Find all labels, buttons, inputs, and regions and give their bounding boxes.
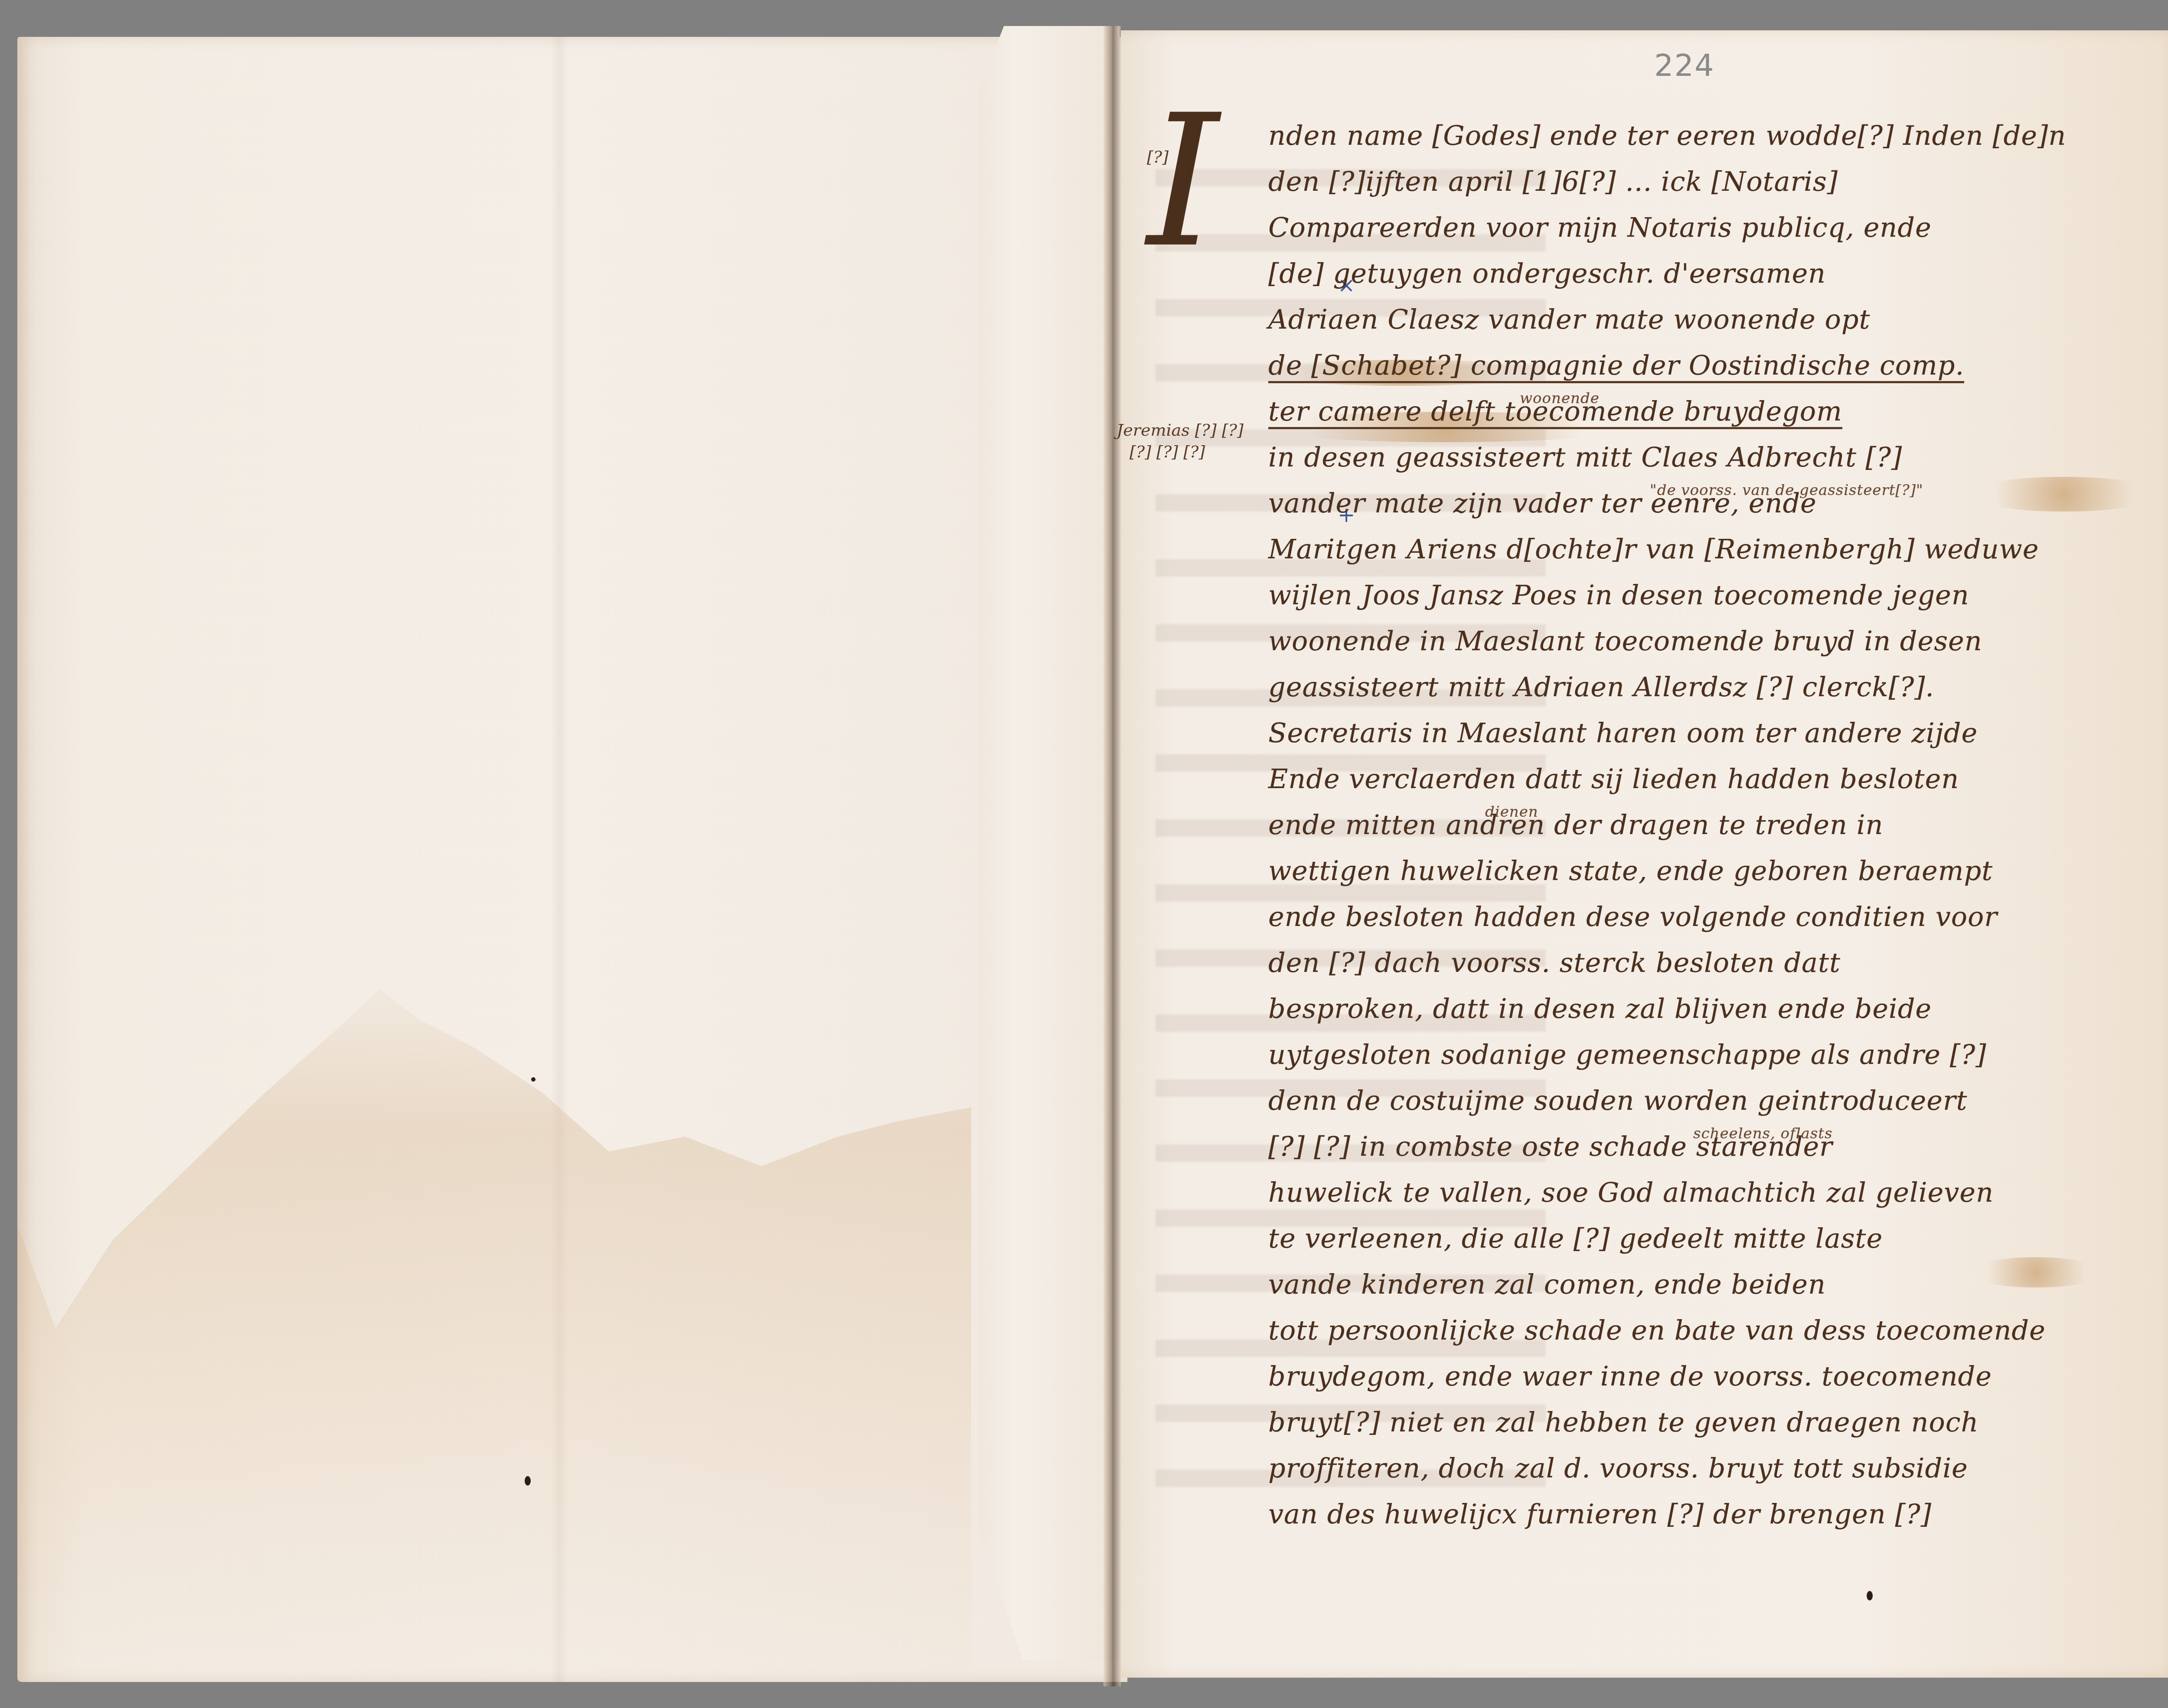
left-page-blank [17,37,1127,1682]
text-line: dienen ende mitten andren der dragen te … [1216,802,2168,848]
text-line: proffiteren, doch zal d. voorss. bruyt t… [1216,1445,2168,1491]
text-line: scheelens, oflasts [?] [?] in combste os… [1216,1124,2168,1170]
folded-flap [971,26,1120,1660]
spine-gutter [1104,26,1121,1686]
text-line: wijlen Joos Jansz Poes in desen toecomen… [1216,572,2168,618]
text-line: bruydegom, ende waer inne de voorss. toe… [1216,1353,2168,1399]
text-line: Secretaris in Maeslant haren oom ter and… [1216,710,2168,756]
manuscript-spread: 224 I [?] Jeremias [?] [?] [?] [?] [?] ×… [0,0,2168,1708]
text-line: huwelick te vallen, soe God almachtich z… [1216,1170,2168,1216]
text-line: woonende in Maeslant toecomende bruyd in… [1216,618,2168,664]
ink-spot [1867,1591,1873,1600]
text-line: woonende ter camere delft toecomende bru… [1216,388,2168,434]
water-stain [17,945,971,1682]
decorated-initial: I [1147,91,1219,273]
ink-spot [525,1476,531,1486]
folio-number: 224 [1654,48,1715,83]
text-line: Maritgen Ariens d[ochte]r van [Reimenber… [1216,526,2168,572]
text-line: bruyt[?] niet en zal hebben te geven dra… [1216,1399,2168,1445]
text-line: Adriaen Claesz vander mate woonende opt [1216,297,2168,342]
text-line: den [?]ijften april [1]6[?] ... ick [Not… [1216,159,2168,205]
text-line: Compareerden voor mijn Notaris publicq, … [1216,205,2168,251]
text-line: geassisteert mitt Adriaen Allerdsz [?] c… [1216,664,2168,710]
text-line: wettigen huwelicken state, ende geboren … [1216,848,2168,894]
text-line: te verleenen, die alle [?] gedeelt mitte… [1216,1216,2168,1261]
text-line: besproken, datt in desen zal blijven end… [1216,986,2168,1032]
text-line: nden name [Godes] ende ter eeren wodde[?… [1216,113,2168,159]
text-line: denn de costuijme souden worden geintrod… [1216,1078,2168,1124]
text-line: "de voorss. van de geassisteert[?]" vand… [1216,480,2168,526]
text-line: tott persoonlijcke schade en bate van de… [1216,1307,2168,1353]
ink-spot [531,1077,535,1082]
underlined-text: de [Schabet?] compagnie der Oostindische… [1268,349,1964,383]
interlinear-addition: scheelens, oflasts [1693,1111,1832,1157]
right-page-text: 224 I [?] Jeremias [?] [?] [?] [?] [?] ×… [1121,30,2168,1678]
interlinear-addition: "de voorss. van de geassisteert[?]" [1650,467,1923,513]
text-line: den [?] dach voorss. sterck besloten dat… [1216,940,2168,986]
text-line: ende besloten hadden dese volgende condi… [1216,894,2168,940]
text-line: van des huwelijcx furnieren [?] der bren… [1216,1491,2168,1537]
margin-note: [?] [1147,147,1169,166]
margin-note: [?] [?] [?] [1130,442,1205,461]
interlinear-addition: woonende [1520,375,1600,421]
text-line: Ende verclaerden datt sij lieden hadden … [1216,756,2168,802]
interlinear-addition: dienen [1485,789,1538,835]
text-line: [de] getuygen ondergeschr. d'eersamen [1216,251,2168,297]
text-line-content: ende mitten andren der dragen te treden … [1268,809,1883,841]
text-line: vande kinderen zal comen, ende beiden [1216,1261,2168,1307]
text-line: de [Schabet?] compagnie der Oostindische… [1216,342,2168,388]
manuscript-text: nden name [Godes] ende ter eeren wodde[?… [1216,113,2168,1537]
text-line: uytgesloten sodanige gemeenschappe als a… [1216,1032,2168,1078]
